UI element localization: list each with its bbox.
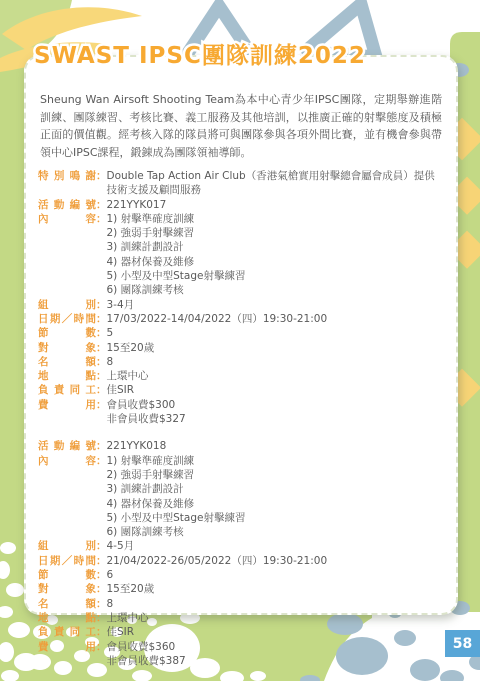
intro-paragraph: Sheung Wan Airsoft Shooting Team為本中心青少年I… bbox=[40, 91, 442, 161]
content-item: 1) 射擊準確度訓練 bbox=[107, 212, 445, 226]
field-label: 地點 bbox=[38, 611, 96, 625]
field-label: 節數 bbox=[38, 326, 96, 340]
field-label: 負責同工 bbox=[38, 625, 96, 639]
field-special-thanks: 特別鳴謝 ： Double Tap Action Air Club（香港氣槍實用… bbox=[38, 169, 444, 198]
field-target: 對象 ： 15至20歲 bbox=[38, 582, 444, 596]
field-label: 活動編號 bbox=[38, 439, 96, 453]
staff-value: 佳SIR bbox=[107, 625, 445, 639]
page-number-badge: 58 bbox=[445, 630, 480, 657]
label-colon: ： bbox=[96, 341, 107, 355]
datetime-value: 17/03/2022-14/04/2022（四）19:30-21:00 bbox=[107, 312, 445, 326]
field-label: 內容 bbox=[38, 454, 96, 468]
field-session-count: 節數 ： 6 bbox=[38, 568, 444, 582]
field-activity-code: 活動編號 ： 221YYK017 bbox=[38, 198, 444, 212]
fee-list: 會員收費$360 非會員收費$387 bbox=[107, 640, 445, 669]
fee-member: 會員收費$300 bbox=[107, 398, 445, 412]
field-venue: 地點 ： 上環中心 bbox=[38, 611, 444, 625]
label-colon: ： bbox=[96, 568, 107, 582]
field-quota: 名額 ： 8 bbox=[38, 355, 444, 369]
label-colon: ： bbox=[96, 539, 107, 553]
label-colon: ： bbox=[96, 554, 107, 568]
content-item: 4) 器材保養及維修 bbox=[107, 497, 445, 511]
content-item: 5) 小型及中型Stage射擊練習 bbox=[107, 269, 445, 283]
quota-value: 8 bbox=[107, 597, 445, 611]
content-item: 6) 團隊訓練考核 bbox=[107, 525, 445, 539]
staff-value: 佳SIR bbox=[107, 383, 445, 397]
label-colon: ： bbox=[96, 640, 107, 654]
page-number: 58 bbox=[453, 636, 472, 652]
activity-code-value: 221YYK017 bbox=[107, 198, 445, 212]
label-colon: ： bbox=[96, 369, 107, 383]
page-title: SWAST IPSC團隊訓練2022 bbox=[34, 42, 366, 69]
session-count-value: 5 bbox=[107, 326, 445, 340]
field-content: 內容 ： 1) 射擊準確度訓練 2) 強弱手射擊練習 3) 訓練計劃設計 4) … bbox=[38, 212, 444, 298]
field-staff: 負責同工 ： 佳SIR bbox=[38, 625, 444, 639]
field-staff: 負責同工 ： 佳SIR bbox=[38, 383, 444, 397]
fee-member: 會員收費$360 bbox=[107, 640, 445, 654]
label-colon: ： bbox=[96, 312, 107, 326]
field-venue: 地點 ： 上環中心 bbox=[38, 369, 444, 383]
field-content: 內容 ： 1) 射擊準確度訓練 2) 強弱手射擊練習 3) 訓練計劃設計 4) … bbox=[38, 454, 444, 540]
fee-list: 會員收費$300 非會員收費$327 bbox=[107, 398, 445, 427]
label-colon: ： bbox=[96, 298, 107, 312]
fee-nonmember: 非會員收費$387 bbox=[107, 654, 445, 668]
content-item: 1) 射擊準確度訓練 bbox=[107, 454, 445, 468]
content-item: 6) 團隊訓練考核 bbox=[107, 283, 445, 297]
datetime-value: 21/04/2022-26/05/2022（四）19:30-21:00 bbox=[107, 554, 445, 568]
leaflet-page: SWAST IPSC團隊訓練2022 Sheung Wan Airsoft Sh… bbox=[0, 0, 480, 681]
field-label: 日期／時間 bbox=[38, 554, 96, 568]
group-value: 4-5月 bbox=[107, 539, 445, 553]
field-group: 組別 ： 3-4月 bbox=[38, 298, 444, 312]
field-label: 日期／時間 bbox=[38, 312, 96, 326]
venue-value: 上環中心 bbox=[107, 611, 445, 625]
content-list: 1) 射擊準確度訓練 2) 強弱手射擊練習 3) 訓練計劃設計 4) 器材保養及… bbox=[107, 212, 445, 298]
field-target: 對象 ： 15至20歲 bbox=[38, 341, 444, 355]
field-label: 節數 bbox=[38, 568, 96, 582]
field-activity-code: 活動編號 ： 221YYK018 bbox=[38, 439, 444, 453]
field-label: 費用 bbox=[38, 640, 96, 654]
label-colon: ： bbox=[96, 454, 107, 468]
block-spacer bbox=[38, 426, 444, 439]
label-colon: ： bbox=[96, 169, 107, 183]
content-item: 4) 器材保養及維修 bbox=[107, 255, 445, 269]
label-colon: ： bbox=[96, 198, 107, 212]
page-title-art: SWAST IPSC團隊訓練2022 bbox=[30, 34, 460, 74]
label-colon: ： bbox=[96, 326, 107, 340]
label-colon: ： bbox=[96, 625, 107, 639]
field-label: 對象 bbox=[38, 341, 96, 355]
content-list: 1) 射擊準確度訓練 2) 強弱手射擊練習 3) 訓練計劃設計 4) 器材保養及… bbox=[107, 454, 445, 540]
field-label: 組別 bbox=[38, 539, 96, 553]
content-card: SWAST IPSC團隊訓練2022 Sheung Wan Airsoft Sh… bbox=[24, 55, 458, 615]
field-session-count: 節數 ： 5 bbox=[38, 326, 444, 340]
field-fee: 費用 ： 會員收費$300 非會員收費$327 bbox=[38, 398, 444, 427]
activity-code-value: 221YYK018 bbox=[107, 439, 445, 453]
field-label: 活動編號 bbox=[38, 198, 96, 212]
label-colon: ： bbox=[96, 439, 107, 453]
field-label: 負責同工 bbox=[38, 383, 96, 397]
field-datetime: 日期／時間 ： 21/04/2022-26/05/2022（四）19:30-21… bbox=[38, 554, 444, 568]
target-value: 15至20歲 bbox=[107, 341, 445, 355]
field-quota: 名額 ： 8 bbox=[38, 597, 444, 611]
label-colon: ： bbox=[96, 597, 107, 611]
field-label: 費用 bbox=[38, 398, 96, 412]
field-group: 組別 ： 4-5月 bbox=[38, 539, 444, 553]
field-label: 內容 bbox=[38, 212, 96, 226]
label-colon: ： bbox=[96, 212, 107, 226]
field-label: 名額 bbox=[38, 355, 96, 369]
content-item: 3) 訓練計劃設計 bbox=[107, 240, 445, 254]
content-item: 5) 小型及中型Stage射擊練習 bbox=[107, 511, 445, 525]
venue-value: 上環中心 bbox=[107, 369, 445, 383]
content-item: 2) 強弱手射擊練習 bbox=[107, 226, 445, 240]
quota-value: 8 bbox=[107, 355, 445, 369]
field-label: 地點 bbox=[38, 369, 96, 383]
special-thanks-value: Double Tap Action Air Club（香港氣槍實用射擊總會屬會成… bbox=[107, 169, 445, 198]
field-label: 特別鳴謝 bbox=[38, 169, 96, 183]
label-colon: ： bbox=[96, 383, 107, 397]
label-colon: ： bbox=[96, 611, 107, 625]
target-value: 15至20歲 bbox=[107, 582, 445, 596]
content-item: 3) 訓練計劃設計 bbox=[107, 482, 445, 496]
label-colon: ： bbox=[96, 398, 107, 412]
session-count-value: 6 bbox=[107, 568, 445, 582]
field-label: 對象 bbox=[38, 582, 96, 596]
label-colon: ： bbox=[96, 582, 107, 596]
field-fee: 費用 ： 會員收費$360 非會員收費$387 bbox=[38, 640, 444, 669]
group-value: 3-4月 bbox=[107, 298, 445, 312]
field-label: 組別 bbox=[38, 298, 96, 312]
program-details: 特別鳴謝 ： Double Tap Action Air Club（香港氣槍實用… bbox=[38, 169, 444, 668]
content-item: 2) 強弱手射擊練習 bbox=[107, 468, 445, 482]
fee-nonmember: 非會員收費$327 bbox=[107, 412, 445, 426]
label-colon: ： bbox=[96, 355, 107, 369]
field-datetime: 日期／時間 ： 17/03/2022-14/04/2022（四）19:30-21… bbox=[38, 312, 444, 326]
field-label: 名額 bbox=[38, 597, 96, 611]
